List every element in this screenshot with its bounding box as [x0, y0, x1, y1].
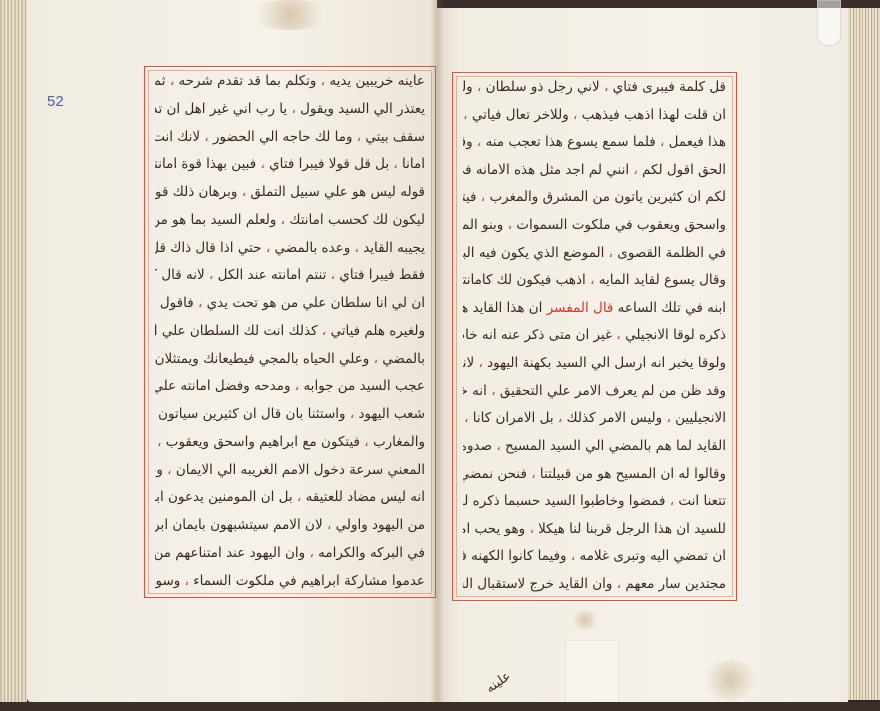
rubric-mark: ،: [350, 406, 354, 422]
text-line: ان قلت لهذا اذهب فيذهب ، وللاخر تعال فيا…: [463, 105, 726, 125]
text-line: انه ليس مضاد للعتيقه ، بل ان المومنين يد…: [155, 487, 425, 507]
rubric-mark: ،: [531, 466, 535, 482]
text-line: وقالوا له ان المسيح هو من قبيلتنا ، فنحن…: [463, 464, 726, 484]
right-text-frame: قل كلمة فيبرى فتاي ، لاني رجل ذو سلطان ،…: [452, 72, 737, 601]
text-line: ليكون لك كحسب امانتك ، ولعلم السيد بما ه…: [155, 210, 425, 230]
manuscript-spread: 52 عاينه خريبين يديه ، وتكلم بما قد تقدم…: [0, 0, 880, 711]
rubric-mark: ،: [609, 245, 613, 261]
stain: [700, 660, 760, 700]
text-line: يجيبه القايد ، وعده بالمضي ، حتي اذا قال…: [155, 238, 425, 258]
text-line: هذا فيعمل ، فلما سمع يسوع هذا تعجب منه ،…: [463, 132, 726, 152]
text-line: الحق اقول لكم ، انني لم اجد مثل هذه الام…: [463, 160, 726, 180]
page-clip-top: [817, 0, 841, 46]
rubric-mark: ،: [322, 323, 326, 339]
text-line: بالمضي ، وعلي الحياه بالمجي فيطيعانك ويم…: [155, 349, 425, 369]
text-line: عاينه خريبين يديه ، وتكلم بما قد تقدم شر…: [155, 71, 425, 91]
background-top: [437, 0, 880, 8]
rubric-mark: ،: [558, 410, 562, 426]
text-line: شعب اليهود ، واستثنا بان قال ان كثيرين س…: [155, 404, 425, 424]
text-line: والمغارب ، فيتكون مع ابراهيم واسحق ويعقو…: [155, 432, 425, 452]
rubric-mark: ،: [479, 355, 483, 371]
text-line: عجب السيد من جوابه ، ومدحه وفضل امانته ع…: [155, 376, 425, 396]
rubric-mark: ،: [157, 434, 161, 450]
text-line: عدموا مشاركة ابراهيم في ملكوت السماء ، و…: [155, 571, 425, 591]
stain: [570, 610, 600, 630]
rubric-mark: ،: [355, 240, 359, 256]
rubric-mark: ،: [170, 73, 174, 89]
text-line: واسحق ويعقوب في ملكوت السموات ، وبنو الم…: [463, 215, 726, 235]
rubric-mark: ،: [374, 351, 378, 367]
text-line: ان لي انا سلطان علي من هو تحت يدي ، فاقو…: [155, 293, 425, 313]
text-line: فقط فيبرا فتاي ، تنتم امانته عند الكل ، …: [155, 265, 425, 285]
text-line: ان تمضي اليه وتبرى غلامه ، وفيما كانوا ا…: [463, 546, 726, 566]
rubric-mark: ،: [295, 378, 299, 394]
right-fore-edge: [848, 8, 880, 700]
rubric-mark: ،: [260, 156, 264, 172]
rubric-mark: ،: [616, 327, 620, 343]
rubric-mark: ،: [477, 79, 481, 95]
text-line: امانا ، بل قل قولا فيبرا فتاي ، فبين بهذ…: [155, 154, 425, 174]
text-line: القايد لما هم بالمضي الي السيد المسيح ، …: [463, 436, 726, 456]
page-clip-bottom: [565, 640, 619, 704]
text-line: ولغيره هلم فياتي ، كذلك انت لك السلطان ع…: [155, 321, 425, 341]
rubric-mark: ،: [496, 438, 500, 454]
stain: [245, 0, 335, 30]
rubric-mark: ،: [321, 73, 325, 89]
left-text-block: عاينه خريبين يديه ، وتكلم بما قد تقدم شر…: [155, 71, 425, 591]
rubric-mark: ،: [198, 295, 202, 311]
rubric-mark: ،: [590, 272, 594, 288]
rubric-mark: ،: [204, 129, 208, 145]
text-line: وقال يسوع لقايد المايه ، اذهب فيكون لك ك…: [463, 270, 726, 290]
text-line: ولوقا يخبر انه ارسل الي السيد بكهنة اليه…: [463, 353, 726, 373]
rubric-mark: ،: [604, 79, 608, 95]
text-line: للسيد ان هذا الرجل قربنا لنا هيكلا ، وهو…: [463, 519, 726, 539]
text-line: لكم ان كثيرين ياتون من المشرق والمغرب ، …: [463, 187, 726, 207]
text-line: المعني سرعة دخول الامم الغريبه الي الايم…: [155, 460, 425, 480]
right-text-block: قل كلمة فيبرى فتاي ، لاني رجل ذو سلطان ،…: [463, 77, 726, 594]
rubric-mark: ،: [666, 410, 670, 426]
rubric-mark: ،: [633, 162, 637, 178]
rubric-mark: ،: [364, 434, 368, 450]
rubric-mark: ،: [670, 493, 674, 509]
rubric-mark: ،: [477, 134, 481, 150]
rubric-mark: ،: [167, 462, 171, 478]
rubric-mark: ،: [209, 267, 213, 283]
rubric-mark: ،: [185, 573, 189, 589]
rubric-mark: ،: [529, 521, 533, 537]
text-line-with-rubric: ابنه في تلك الساعه قال المفسر ان هذا الق…: [463, 298, 726, 318]
rubric-mark: ،: [491, 383, 495, 399]
rubric-mark: ،: [617, 576, 621, 592]
rubric-mark: ،: [463, 107, 467, 123]
rubric-mark: ،: [242, 184, 246, 200]
rubric-mark: ،: [481, 189, 485, 205]
folio-number: 52: [47, 93, 64, 110]
text-line: مجتدين سار معهم ، وان القايد خرج لاستقبا…: [463, 574, 726, 594]
rubric-mark: ،: [266, 240, 270, 256]
text-line: تتعنا انت ، فمضوا وخاطبوا السيد حسبما ذك…: [463, 491, 726, 511]
left-fore-edge: [0, 0, 27, 705]
text-line: سقف بيتي ، وما لك حاجه الي الحضور ، لانك…: [155, 127, 425, 147]
rubric-text: قال المفسر: [547, 300, 614, 316]
rubric-mark: ،: [281, 212, 285, 228]
rubric-mark: ،: [508, 217, 512, 233]
text-line: يعتذر الي السيد ويقول ، يا رب اني غير اه…: [155, 99, 425, 119]
text-line: قوله ليس هو علي سبيل التملق ، وبرهان ذلك…: [155, 182, 425, 202]
text-line: ذكره لوقا الانجيلي ، غير ان متى ذكر عنه …: [463, 325, 726, 345]
rubric-mark: ،: [571, 548, 575, 564]
rubric-mark: ،: [660, 134, 664, 150]
rubric-mark: ،: [327, 517, 331, 533]
rubric-mark: ،: [310, 545, 314, 561]
text-line: وقد ظن من لم يعرف الامر علي التحقيق ، ان…: [463, 381, 726, 401]
rubric-mark: ،: [297, 489, 301, 505]
text-line: في البركه والكرامه ، وان اليهود عند امتن…: [155, 543, 425, 563]
text-line: الانجيليين ، وليس الامر كذلك ، بل الامرا…: [463, 408, 726, 428]
text-line: قل كلمة فيبرى فتاي ، لاني رجل ذو سلطان ،…: [463, 77, 726, 97]
background-bottom: [0, 702, 880, 711]
text-line: من اليهود واولي ، لان الامم سيتشبهون باي…: [155, 515, 425, 535]
rubric-mark: ،: [573, 107, 577, 123]
rubric-mark: ،: [331, 267, 335, 283]
left-text-frame: عاينه خريبين يديه ، وتكلم بما قد تقدم شر…: [144, 66, 436, 598]
rubric-mark: ،: [393, 156, 397, 172]
text-line: في الظلمة القصوى ، الموضع الذي يكون فيه …: [463, 243, 726, 263]
rubric-mark: ،: [357, 129, 361, 145]
rubric-mark: ،: [464, 410, 468, 426]
rubric-mark: ،: [291, 101, 295, 117]
